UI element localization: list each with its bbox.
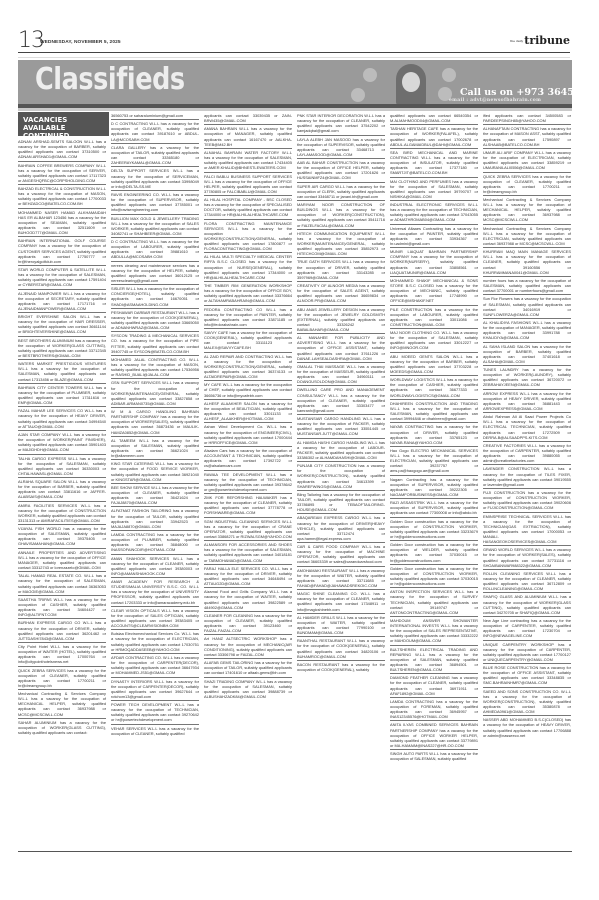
classified-ad: BUILLION MAX GOLD & JEWELLERY TRADING W.… <box>111 215 199 239</box>
classified-ad: CAR & CARS FOOD COMPANY W.L.L has a vaca… <box>297 543 385 567</box>
classified-ad: MAGIC SHINE CLEANING CO. W.L.L has a vac… <box>297 590 385 614</box>
classified-ad: Golden Door construction has a vacancy f… <box>390 565 478 589</box>
page-end-rule <box>18 851 572 852</box>
classified-ad: BACON RESTAURANT has a vacancy for the o… <box>297 661 385 673</box>
classified-ad: Mechanical Contracting & Services Compan… <box>483 225 571 249</box>
column-2: 36560753 or saharaluminium@gmail.comD C … <box>111 112 199 847</box>
classified-ad: D C CONTRACTING W.L.L has a vacancy for … <box>111 238 199 262</box>
classified-ad: MUNIR LIAQUAT BAHRAIN PARTNERSHIP COMPAN… <box>390 248 478 277</box>
classified-ad: THE TIMBER RIM GENERATION WORKSHOP has a… <box>204 282 292 306</box>
classified-ad: CREATIVE FACTORIES W.L.L has a vacancy f… <box>483 442 571 466</box>
tribune-logo[interactable]: the dailytribune <box>510 34 570 47</box>
classified-ad: KHURRAM MAQ MAIN MANAGE SERVICES W.L.L h… <box>483 248 571 277</box>
classified-ad: FEDORA CONTRACTING CO W.L.L has a vacanc… <box>204 306 292 330</box>
envelope-icon <box>363 68 377 82</box>
classified-ad: CREATIVITY OF ALNOOR MEDIA has a vacancy… <box>297 282 385 306</box>
classified-ad: EMINSPRISE TECHNICAL SERVICES W.L.L has … <box>483 513 571 547</box>
classified-ad: Nagam Contracting has a vacancy for the … <box>390 476 478 500</box>
classified-ad: ified applicants can contact 34500583 or… <box>483 112 571 125</box>
classified-ad: MAI CLOTHING AND PERFUMES has a vacancy … <box>390 178 478 202</box>
advert-email[interactable]: email : advt@newsofbahrain.com <box>449 98 541 103</box>
masthead: 13 WEDNESDAY, NOVEMBER 5, 2025 the daily… <box>18 30 570 53</box>
classified-ad: MUSTANSIAR CARGO HANDLING W.L.L has a va… <box>297 415 385 439</box>
classified-ad: SAHAR ALUMINIUM has a vacancy for the oc… <box>18 719 106 736</box>
classified-ad: qualified applicants can contact 6654035… <box>390 112 478 125</box>
classified-ad: SINGH AUTO PARTS W.L.L has a vacancy for… <box>390 750 478 762</box>
classified-ad: OMALAL THAI MASSAGE W.L.L has a vacancy … <box>297 363 385 387</box>
classified-ad: Bulsiaa Electromechanical Services Co. W… <box>111 630 199 654</box>
classified-ad: WORLDWAY LOGISTICS W.L.L has a vacancy f… <box>390 376 478 400</box>
classified-ad: FLORA CONTRACTING MAINTENANCE SERVICES W… <box>204 220 292 254</box>
classified-ad: ALMANSORI FOR ACCESSORIES AND SHOES has … <box>204 541 292 565</box>
classified-ad: DWELLING CARE PRO AND MANAGEMENT CONSULT… <box>297 386 385 415</box>
mascot-face <box>402 72 420 92</box>
classified-ad: FALCI BABLU BUSINESS SUPPORT SERVICES W.… <box>204 173 292 197</box>
classified-ad: UNIQUE CARPENTRY WORKSHOP has a vacancy … <box>483 641 571 665</box>
banner-title: Classifieds <box>35 62 185 97</box>
classified-ad: SAEED AND SONS CONSTRUCTION CO. W.L.L ha… <box>483 688 571 717</box>
classified-ad: ANITA ILYAS COMBINED SERVICES BAHRAIN PA… <box>390 721 478 750</box>
classified-ad: LAMDA CONTRACTING has a vacancy for the … <box>111 531 199 555</box>
classified-ad: AL SAHA ISLAND SALON has a vacancy for t… <box>483 343 571 367</box>
classified-ad: ALHANAFTAIN CONTRACTING has a vacancy fo… <box>483 125 571 149</box>
classified-ad: Golden Door construction has a vacancy f… <box>390 518 478 542</box>
classified-ad: AMAR ACADEMY FOR RESEARCH & STUDIES/MALI… <box>111 578 199 607</box>
classified-ad: ALJENAID MANPOWER W.L.L has a vacancy fo… <box>18 290 106 314</box>
classified-ad: AMANA BAHRAIN W.L.L has a vacancy for th… <box>204 125 292 149</box>
classified-ad: PUNJAB CITY CONSTRUCTION has a vacancy f… <box>297 462 385 491</box>
classified-ad: FUJI CONSTRUCTION has a vacancy for the … <box>483 489 571 513</box>
classified-ad: ALAFAB GEMS TAILORING has a vacancy for … <box>204 659 292 677</box>
masthead-divider <box>18 57 570 58</box>
classified-ad: SGM INDUSTRIAL CLEANING SERVICES W.L.L h… <box>204 518 292 542</box>
classified-ad: applicants can contact 33039435 or ZAIN-… <box>204 112 292 125</box>
classified-ad: PNK STAR INTERIOR DECORATION W.L.L has a… <box>297 112 385 136</box>
classified-ad: AL MANAHEE FOR PUBLICITY AND ADVERTISING… <box>297 334 385 363</box>
column-1: ADNAN ARSHAD-SEMTS SALOON W.L.L has a va… <box>18 138 106 847</box>
classified-ad: RAVIS ENGINEERING CO. W.L.L has a vacanc… <box>111 191 199 215</box>
classified-ad: Sun Flor Flowers has a vacancy for the o… <box>483 295 571 319</box>
column-4: PNK STAR INTERIOR DECORATION W.L.L has a… <box>297 112 385 847</box>
classified-ad: AL TAMEEM W.L.L has a vacancy for the oc… <box>111 437 199 461</box>
classified-ad: AMOHAMAKI RESTAURANT W.L.L has a vacancy… <box>297 567 385 591</box>
section-heading: VACANCIES AVAILABLE CONTINUED <box>18 112 109 136</box>
classified-ad: 36560753 or saharaluminium@gmail.com <box>111 112 199 120</box>
classified-ad: QUICK ZEBRA SERVICES has a vacancy for t… <box>483 173 571 197</box>
classified-ad: MOHAMMED SHAKIF MECHANICAL & SONS STORE … <box>390 277 478 306</box>
classified-ad: Bling Tailoring has a vacancy for the oc… <box>297 491 385 515</box>
classified-ad: SAVVY CAFE has a vacancy for the occupat… <box>204 329 292 353</box>
classified-ad: TALAL HAMAD REAL ESTATE CO. W.L.L has a … <box>18 572 106 596</box>
classified-ad: AL ZAID REPAIR AND CONTRACTING W.L.L has… <box>204 353 292 382</box>
classified-ad: POWER TECH DEVELOPMENT W.L.L has a vacan… <box>111 701 199 725</box>
classified-ad: SISLER W.L.L has a vacancy for the occup… <box>111 285 199 309</box>
classified-ad: LAYLA ALEBH JAN MASOOD has a vacancy for… <box>297 136 385 160</box>
classified-ad: AAB AL BAHAR CONSTRUCTION has a vacancy … <box>297 159 385 183</box>
classified-ad: FAZAL MAHAR LEE SERVICES CO W.L.L has a … <box>18 407 106 431</box>
classified-ad: ALRAHA SQUARE SALON W.L.L has a vacancy … <box>18 478 106 502</box>
logo-prefix: the daily <box>510 39 523 43</box>
classified-ad: Mechanical Contracting & Services Compan… <box>483 196 571 225</box>
classified-ad: MAJ NOOR CLOTHING CO. W.L.L has a vacanc… <box>390 329 478 353</box>
classified-ad: AL HAMDA HASHI CARGO HANDLING W.L.L has … <box>297 439 385 463</box>
classified-ad: BAHRAIN COFFEE BREWERS COMPANY W.L.L has… <box>18 162 106 186</box>
classified-ad: W M A CARGO HANDLING BAHRAIN PARTNERSHIP… <box>111 408 199 437</box>
classified-ad: DHAHIREEN CONSTRUCTION AND TRADING W.L.L… <box>390 400 478 424</box>
phone-icon <box>351 88 365 102</box>
classified-ad: Abdul Rahman Ali Al Saad Power Projects … <box>483 413 571 442</box>
classified-ad: BRIGHT EVERSHINE SALON W.L.L has a vacan… <box>18 313 106 337</box>
classified-ad: SHAZI TRADING COMPANY W.L.L has a vacanc… <box>204 678 292 701</box>
classified-ad: BAHRAIN INTERNATIONAL GOLF COURSE COMPAN… <box>18 237 106 266</box>
classified-ad: MOHAMED JALAL CONTRACTING CO. W.L.L has … <box>111 356 199 380</box>
classified-ad: SEA BIRD MECHANICAL AND MARINE CONTRACTI… <box>390 149 478 178</box>
classified-ad: ABAQAREAM EXPRESS CARGO W.L.L has a vaca… <box>297 514 385 543</box>
classified-ad: ALFATMAT FASHION TAILORING has a vacancy… <box>111 507 199 531</box>
classified-ad: INDUSTRIAL ELECTRONIC SERVICES W.L.L has… <box>390 201 478 225</box>
classified-ad: SYSCON TRADING & MECHANICAL SERVICES CO.… <box>111 332 199 356</box>
classified-ad: ALHESF ALAAKHER SALON has a vacancy for … <box>204 400 292 424</box>
classified-ad: BEE SHOW SERVICE W.L.L has a vacancy for… <box>111 484 199 508</box>
classified-ad: AL HAMDER GRILLS W.L.L has a vacancy for… <box>297 614 385 638</box>
classified-ad: LAMDA CONTRACTING has a vacancy for the … <box>390 698 478 722</box>
classifieds-banner: Classifieds Call us on +973 36458394 ema… <box>18 60 572 104</box>
classified-ad: AL KHALIDIYA FASHIONS W.L.L has a vacanc… <box>483 319 571 343</box>
classified-ad: DIAMOND FEATHER CLEANING has a vacancy f… <box>390 674 478 698</box>
classified-ad: nerees clearing and maintenance services… <box>111 262 199 286</box>
classified-ad: D C CONTRACTING W.L.L has a vacancy for … <box>111 120 199 144</box>
classified-ad: HITECH COMMUNICATION EQUIPMENT W.L.L has… <box>297 230 385 259</box>
classified-ad: PESHAWAR DARBAR RESTAURANT W.L.L has a v… <box>111 309 199 333</box>
column-header-strip <box>18 108 572 111</box>
classified-ad: ARROW EXPRESS W.L.L has a vacancy for th… <box>483 390 571 414</box>
classified-ad: Golden Door construction has a vacancy f… <box>390 541 478 565</box>
classified-ad: Mechanical Contracting & Services Compan… <box>18 690 106 719</box>
classified-ad: TUNES LAUNDRY has a vacancy for the occu… <box>483 366 571 390</box>
column-6: ified applicants can contact 34500583 or… <box>483 112 571 847</box>
classified-ad: UMAIR ALI ARIF COMPANY W.L.L has a vacan… <box>483 149 571 173</box>
classified-ad: BLUE ROSE CONSTRUCTION has a vacancy for… <box>483 664 571 688</box>
classified-ad: AMIRA FACILITIES SERVICES W.L.L has a va… <box>18 502 106 526</box>
classified-ad: BULTSHEREN ELECTRICAL TRADING AND REPAIR… <box>390 646 478 675</box>
classified-ad: RAANTHAL RESTAURANT W.L.L has a vacancy … <box>297 637 385 661</box>
classified-ad: DELTA SUPPORT SERVICES W.L.L has a vacan… <box>111 167 199 191</box>
classified-ad: WATERS MARKET PRESTIGIOUS VENTURES W.L.L… <box>18 360 106 384</box>
classified-ad: ABU MOEED GENTS SALON W.L.L has a vacanc… <box>390 353 478 377</box>
classified-ad: Alsalam Cars has a vacancy for the occup… <box>204 447 292 471</box>
classified-ad: TALHA CARGO EXPRESS W.L.L has a vacancy … <box>18 455 106 479</box>
classified-ad: ABU ANAS JEWELLERY DESIGN has a vacancy … <box>297 306 385 335</box>
classified-ad: TASHAN HERITAGE CAFE has a vacancy for t… <box>390 125 478 149</box>
classified-ad: MARIYAM NOOR CONSTRUCTION OF BUILDINGS W… <box>297 201 385 230</box>
classified-ad: BAHRAIN CITY CENTER TOWERS W.L.L has a v… <box>18 384 106 408</box>
classified-ad: QUICK ZEBRA SERVICES has a vacancy for t… <box>18 667 106 691</box>
classified-ad: ROLLIN CLEANING SERVICES W.L.L has a vac… <box>483 570 571 594</box>
classified-ad: MAHDOUM ANSWER SHOWANTER INTERNATIONAL I… <box>390 617 478 646</box>
classified-ad: TRUE GATH SERVICES W.L.L has a vacancy f… <box>297 258 385 282</box>
classified-ad: Ashan Wind Development Co. W.L.L has a v… <box>204 423 292 447</box>
classified-ad: number fours has a vacancy for the occup… <box>483 277 571 295</box>
classified-ad: ALNAHAL BAHRAIN WATER FACTORY W.L.L has … <box>204 149 292 173</box>
column-5: qualified applicants can contact 6654035… <box>390 112 478 847</box>
classified-ad: AL HILAL HOSPITAL COMPANY - BSC CLOSED h… <box>204 196 292 220</box>
classified-ad: CLEANER FOR CLEANING has a vacancy for t… <box>204 612 292 636</box>
classified-ad: PILE CONSTRUCTION has a vacancy for the … <box>390 306 478 330</box>
classified-ad: SHAFIQ GLASS AND ALUMINIUM W.L.L has a v… <box>483 593 571 617</box>
classified-ad: NAYAB CONTRACTING has a vacancy for the … <box>390 423 478 447</box>
classified-ad: FARAJ HALLA ELE SERVICES CO. W.L.L has a… <box>204 565 292 589</box>
classified-ad: Alzamal Food and Grills Company W.L.L ha… <box>204 588 292 612</box>
classified-ad: BEST BROTHERS ALUMINIUM has a vacancy fo… <box>18 337 106 361</box>
classified-ad: SUPER AIR CARGO W.L.L has a vacancy for … <box>297 183 385 201</box>
classified-ad: MY CAFE W.L.L has a vacancy for the occu… <box>204 381 292 399</box>
classified-columns: ADNAN ARSHAD-SEMTS SALOON W.L.L has a va… <box>18 112 572 852</box>
classified-ad: MOHAMMED NASER HAMAD ALKHAMAIDAH HAS ER … <box>18 209 106 238</box>
mobile-icon <box>442 68 456 82</box>
classified-ad: GRAND WORLD SERVICES W.L.L has a vacancy… <box>483 546 571 570</box>
classified-ad: GSN SUPPORT SERVICES W.L.L has a vacancy… <box>111 379 199 408</box>
classified-ad: ADNAN ARSHAD-SEMTS SALOON W.L.L has a va… <box>18 138 106 162</box>
classified-ad: ANNAILE PROPERTIES AND ADVERTISING W.L.L… <box>18 549 106 573</box>
classified-ad: ZMK FOR REFORSHING HALWAKER has a vacanc… <box>204 494 292 518</box>
logo-text: tribune <box>524 34 570 47</box>
classified-ad: New Age Line contracting has a vacancy f… <box>483 617 571 641</box>
classified-ad: City Point Hotel W.L.L has a vacancy for… <box>18 643 106 667</box>
classified-ad: ANTON INSPECTION SERVICES W.L.L has a va… <box>390 588 478 617</box>
classified-ad: VIJAYAL FISH WORLD has a vacancy for the… <box>18 525 106 549</box>
classified-ad: AMAN SHAHOOK SERVICES W.L.L has a vacanc… <box>111 555 199 579</box>
classified-ad: AFDAR CONTRACTING CO. W.L.L has a vacanc… <box>111 654 199 678</box>
classified-ad: RAZI ASSASSTRIK W.L.L has a vacancy for … <box>390 499 478 517</box>
classified-ad: DYNASTY INTERIORS W.L.L has a vacancy fo… <box>111 678 199 702</box>
call-us-phone[interactable]: Call us on +973 36458394 <box>460 87 572 98</box>
classified-ad: KING STAR CATERING W.L.L has a vacancy f… <box>111 460 199 484</box>
classified-ad: CLEAR VISION OPTICALS W.L.L has a vacanc… <box>111 607 199 631</box>
classified-ad: AJAN STAR COMPANY W.L.L has a vacancy fo… <box>18 431 106 455</box>
classified-ad: LAVENDER CONSTRUCTION W.L.L has a vacanc… <box>483 465 571 489</box>
publication-date: WEDNESDAY, NOVEMBER 5, 2025 <box>40 40 121 45</box>
classified-ad: VEHAR SERVICES W.L.L has a vacancy for t… <box>111 725 199 737</box>
classified-ad: AL HILAL MULTI SPECIALTY MEDICAL CENTER … <box>204 253 292 282</box>
classified-ad: RAWAA TEE DEVELOPMENT W.L.L has a vacanc… <box>204 471 292 495</box>
classified-ad: SAASTHA TRIPAS W.L.L has a vacancy for t… <box>18 596 106 620</box>
classified-ad: CLARA GALLERY has a vacancy for the occu… <box>111 144 199 168</box>
classified-ad: Universal Afiaaes Contracting has a vaca… <box>390 225 478 249</box>
classified-ad: NASSER ABD MOHAMMED B.S.C(CLOSED) has a … <box>483 716 571 739</box>
classified-ad: Art HANZ ALTSECTRIC WORKSHOP has a vacan… <box>204 635 292 659</box>
classified-ad: BURHAN EXPRESS CARGO CO W.L.L has a vaca… <box>18 619 106 643</box>
column-3: applicants can contact 33039435 or ZAIN-… <box>204 112 292 847</box>
classified-ad: STAR WORLD COMPUTER & SATELLITE W.L.L ha… <box>18 266 106 290</box>
classified-ad: Hao Gogo ELECTRO MECHANICAL SERVICES W.L… <box>390 447 478 476</box>
classified-ad: BAHZAD ELECTRICAL & CONSTRUCTION W.L.L h… <box>18 185 106 209</box>
